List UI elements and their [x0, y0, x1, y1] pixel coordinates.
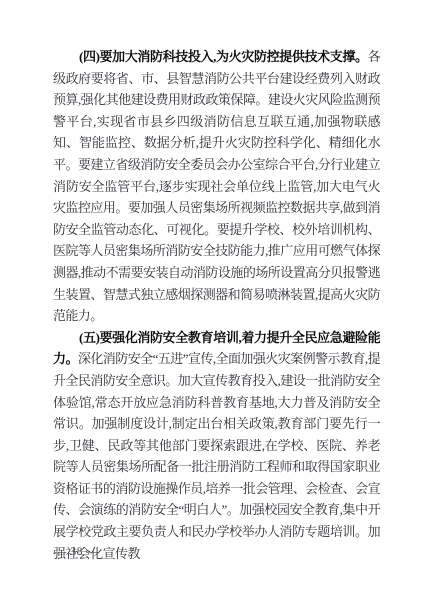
document-page: (四)要加大消防科技投入,为火灾防控提供技术支撑。各级政府要将省、市、县智慧消防… [0, 0, 432, 590]
paragraph-section-4: (四)要加大消防科技投入,为火灾防控提供技术支撑。各级政府要将省、市、县智慧消防… [53, 46, 380, 327]
document-text-block: (四)要加大消防科技投入,为火灾防控提供技术支撑。各级政府要将省、市、县智慧消防… [53, 46, 380, 564]
paragraph-section-5: (五)要强化消防安全教育培训,着力提升全民应急避险能力。深化消防安全“五进”宣传… [53, 327, 380, 565]
paragraph-section-4-body: 各级政府要将省、市、县智慧消防公共平台建设经费列入财政预算,强化其他建设费用财政… [53, 49, 380, 323]
page-number: — 38 — [55, 546, 98, 558]
paragraph-section-5-body: 深化消防安全“五进”宣传,全面加强火灾案例警示教育,提升全民消防安全意识。加大宣… [53, 351, 380, 560]
paragraph-section-4-heading: (四)要加大消防科技投入,为火灾防控提供技术支撑。 [79, 49, 368, 64]
